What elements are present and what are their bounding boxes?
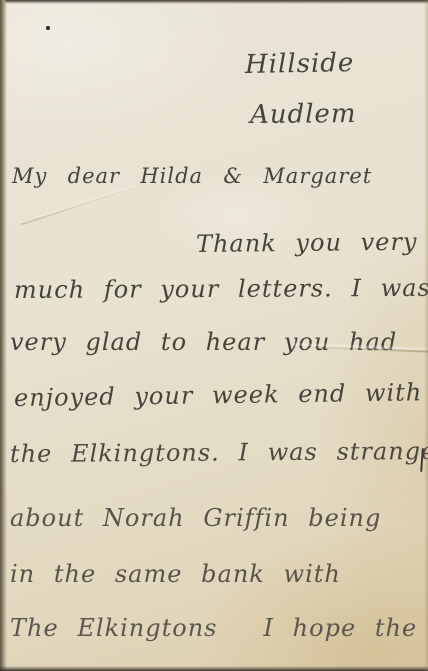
body-line-8: The Elkingtons I hope the xyxy=(10,614,417,642)
body-line-7: in the same bank with xyxy=(10,560,341,588)
address-line-2: Audlem xyxy=(250,99,357,130)
address-line-1: Hillside xyxy=(245,48,355,80)
body-line-6: about Norah Griffin being xyxy=(10,504,381,532)
body-line-1: Thank you very xyxy=(196,228,418,258)
body-line-3: very glad to hear you had xyxy=(10,328,397,356)
body-line-8-right: I hope the xyxy=(263,614,417,642)
scan-edge-left xyxy=(0,0,7,671)
salutation: My dear Hilda & Margaret xyxy=(12,164,372,188)
body-line-2: much for your letters. I was xyxy=(14,274,428,304)
body-line-4: enjoyed your week end with xyxy=(14,378,423,412)
paper-wrinkle xyxy=(21,187,136,226)
body-line-8-left: The Elkingtons xyxy=(10,614,217,642)
ink-spot xyxy=(46,26,50,30)
body-line-5: the Elkingtons. I was strange xyxy=(10,437,428,468)
scan-edge-top xyxy=(0,0,428,4)
scan-edge-bottom xyxy=(0,666,428,671)
scan-edge-right xyxy=(424,0,428,671)
handwritten-letter-scan: Hillside Audlem My dear Hilda & Margaret… xyxy=(0,0,428,671)
